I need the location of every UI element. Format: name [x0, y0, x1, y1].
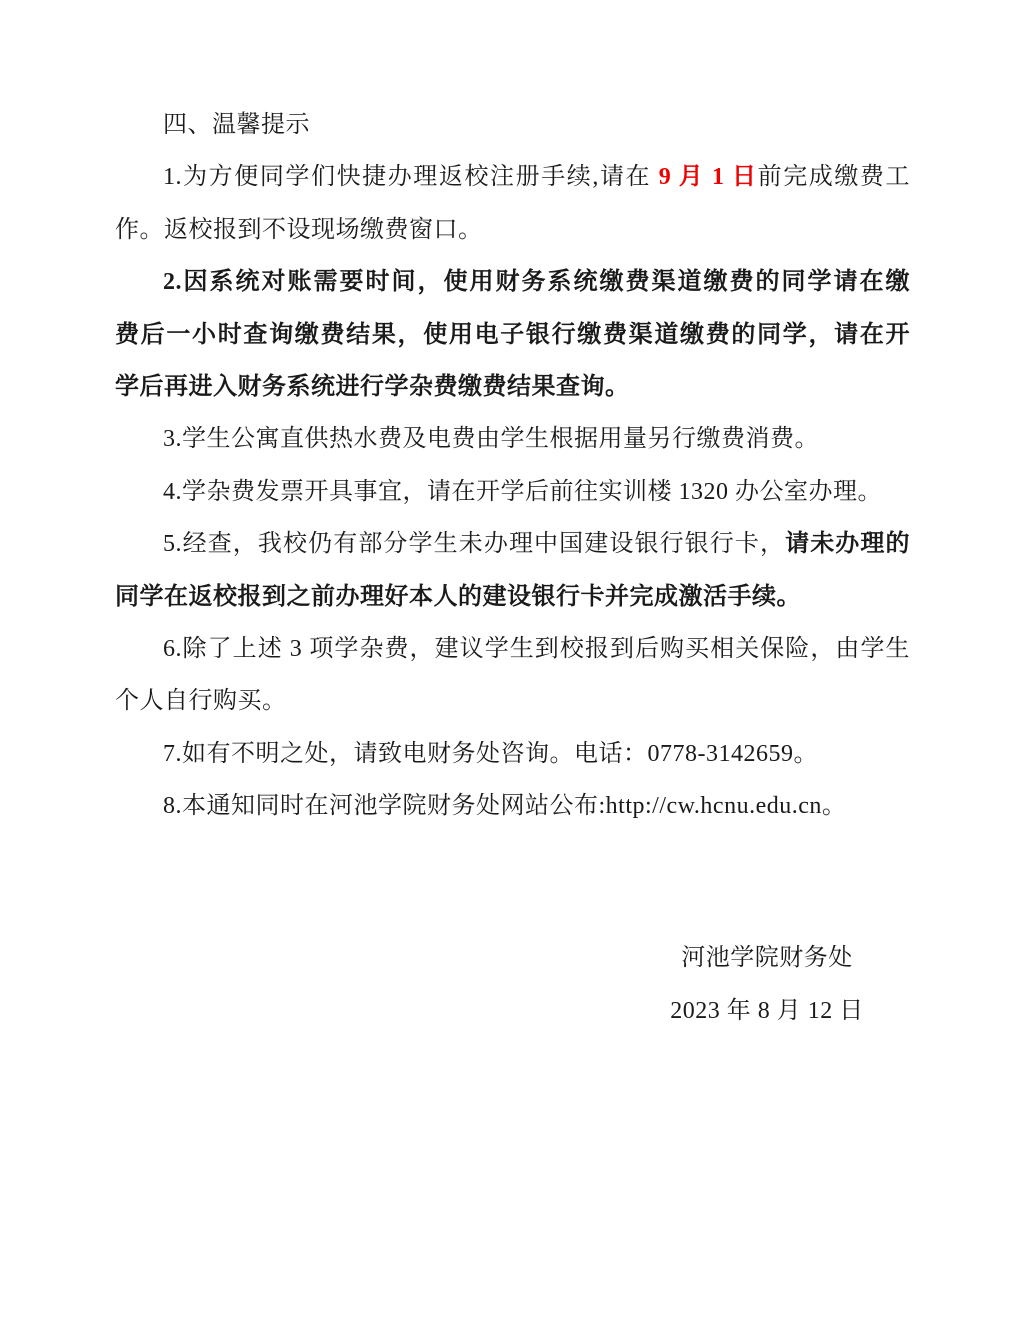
signature-date: 2023 年 8 月 12 日	[607, 985, 927, 1038]
notice-line: 6.除了上述 3 项学杂费，建议学生到校报到后购买相关保险，由学生	[115, 623, 910, 675]
text-segment: 2.因系统对账需要时间，使用财务系统缴费渠道缴费的同学请在缴	[163, 269, 910, 295]
notice-line: 个人自行购买。	[115, 675, 910, 727]
notice-paragraph: 5.经查，我校仍有部分学生未办理中国建设银行银行卡，请未办理的同学在返校报到之前…	[115, 518, 910, 623]
text-segment: 6.除了上述 3 项学杂费，建议学生到校报到后购买相关保险，由学生	[163, 636, 910, 662]
notice-line: 8.本通知同时在河池学院财务处网站公布:http://cw.hcnu.edu.c…	[115, 780, 910, 832]
notice-paragraph: 8.本通知同时在河池学院财务处网站公布:http://cw.hcnu.edu.c…	[115, 780, 910, 832]
highlight-date-text: 9 月 1 日	[659, 164, 758, 190]
text-segment: 同学在返校报到之前办理好本人的建设银行卡并完成激活手续。	[115, 584, 801, 610]
text-segment: 3.学生公寓直供热水费及电费由学生根据用量另行缴费消费。	[163, 426, 819, 452]
notice-line: 学后再进入财务系统进行学杂费缴费结果查询。	[115, 361, 910, 413]
notice-line: 5.经查，我校仍有部分学生未办理中国建设银行银行卡，请未办理的	[115, 518, 910, 570]
document-page: 四、温馨提示 1.为方便同学们快捷办理返校注册手续,请在 9 月 1 日前完成缴…	[0, 0, 1024, 1325]
notice-line: 3.学生公寓直供热水费及电费由学生根据用量另行缴费消费。	[115, 413, 910, 465]
notice-line: 7.如有不明之处，请致电财务处咨询。电话：0778-3142659。	[115, 728, 910, 780]
text-segment: 作。返校报到不设现场缴费窗口。	[115, 217, 483, 243]
text-segment: 4.学杂费发票开具事宜，请在开学后前往实训楼 1320 办公室办理。	[163, 479, 882, 505]
notice-line: 1.为方便同学们快捷办理返校注册手续,请在 9 月 1 日前完成缴费工	[115, 151, 910, 203]
notice-paragraph: 7.如有不明之处，请致电财务处咨询。电话：0778-3142659。	[115, 728, 910, 780]
text-segment: 前完成缴费工	[758, 164, 910, 190]
notice-paragraph: 2.因系统对账需要时间，使用财务系统缴费渠道缴费的同学请在缴费后一小时查询缴费结…	[115, 256, 910, 413]
text-segment: 8.本通知同时在河池学院财务处网站公布:http://cw.hcnu.edu.c…	[163, 793, 846, 819]
signature-org: 河池学院财务处	[607, 932, 927, 985]
text-segment: 费后一小时查询缴费结果，使用电子银行缴费渠道缴费的同学，请在开	[115, 322, 910, 348]
notice-line: 4.学杂费发票开具事宜，请在开学后前往实训楼 1320 办公室办理。	[115, 466, 910, 518]
text-segment: 个人自行购买。	[115, 688, 287, 714]
text-segment: 学后再进入财务系统进行学杂费缴费结果查询。	[115, 374, 630, 400]
notice-paragraph: 1.为方便同学们快捷办理返校注册手续,请在 9 月 1 日前完成缴费工作。返校报…	[115, 151, 910, 256]
notice-paragraph: 6.除了上述 3 项学杂费，建议学生到校报到后购买相关保险，由学生个人自行购买。	[115, 623, 910, 728]
notice-body: 1.为方便同学们快捷办理返校注册手续,请在 9 月 1 日前完成缴费工作。返校报…	[115, 151, 910, 832]
text-segment: 7.如有不明之处，请致电财务处咨询。电话：0778-3142659。	[163, 741, 818, 767]
text-segment: 5.经查，我校仍有部分学生未办理中国建设银行银行卡，	[163, 531, 785, 557]
notice-line: 同学在返校报到之前办理好本人的建设银行卡并完成激活手续。	[115, 571, 910, 623]
text-segment: 1.为方便同学们快捷办理返校注册手续,请在	[163, 164, 659, 190]
notice-paragraph: 3.学生公寓直供热水费及电费由学生根据用量另行缴费消费。	[115, 413, 910, 465]
notice-paragraph: 4.学杂费发票开具事宜，请在开学后前往实训楼 1320 办公室办理。	[115, 466, 910, 518]
notice-line: 费后一小时查询缴费结果，使用电子银行缴费渠道缴费的同学，请在开	[115, 309, 910, 361]
notice-line: 2.因系统对账需要时间，使用财务系统缴费渠道缴费的同学请在缴	[115, 256, 910, 308]
section-title: 四、温馨提示	[115, 99, 910, 151]
signature-block: 河池学院财务处 2023 年 8 月 12 日	[607, 932, 927, 1038]
text-segment: 请未办理的	[785, 531, 910, 557]
notice-line: 作。返校报到不设现场缴费窗口。	[115, 204, 910, 256]
